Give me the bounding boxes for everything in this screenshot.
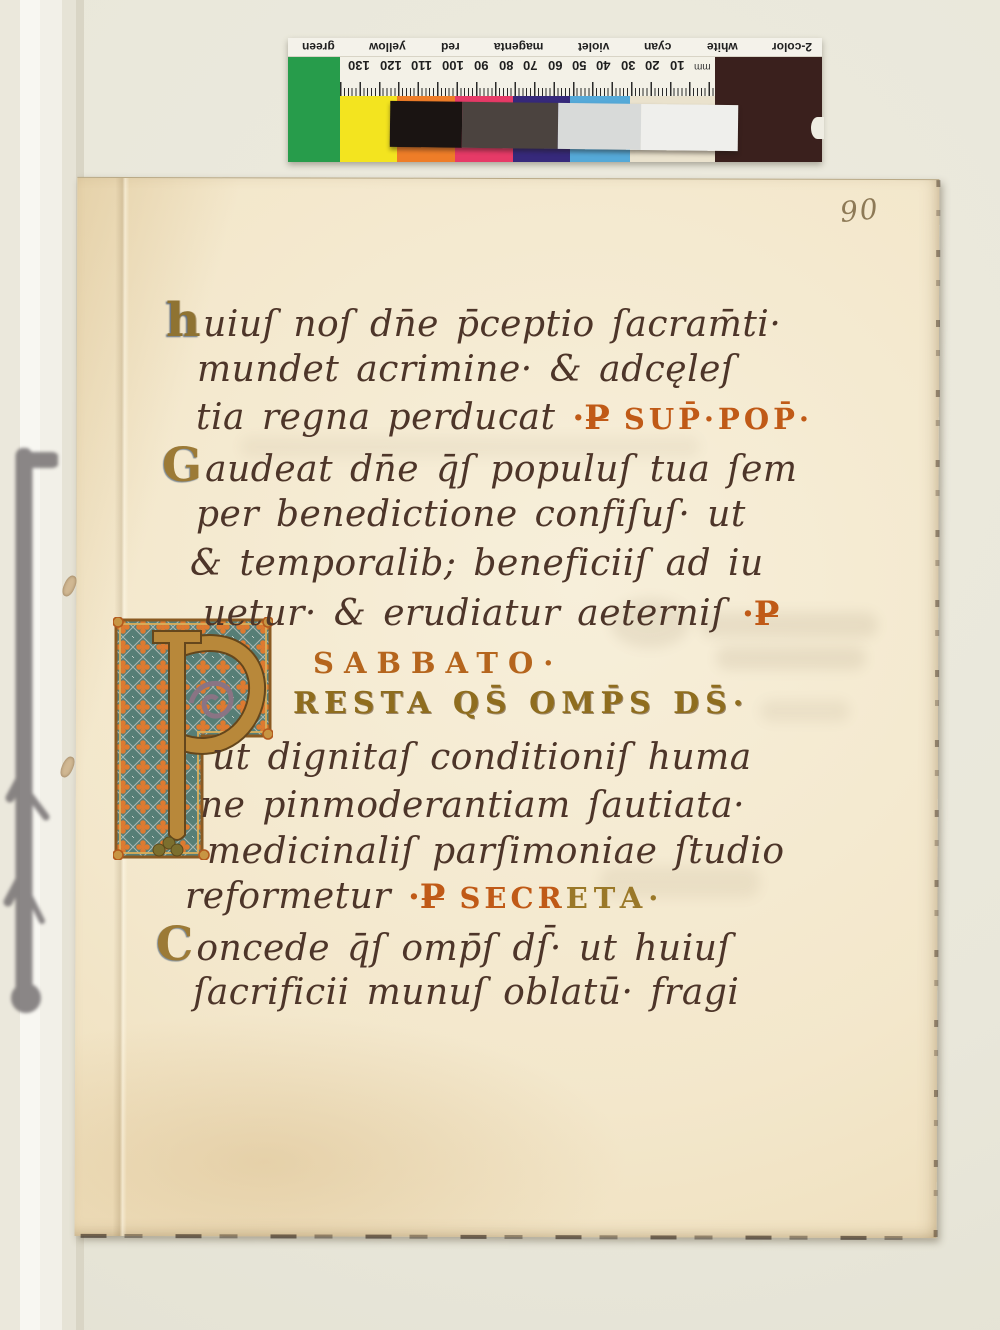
ruler-number: 40 bbox=[596, 58, 610, 73]
color-label: yellow bbox=[369, 40, 406, 54]
gray-step bbox=[390, 101, 463, 148]
chipped-paint-notch bbox=[811, 117, 824, 139]
show-through-mark bbox=[760, 700, 850, 722]
manuscript-line: Concede q̄ſ omp̄ſ dſ̄· ut huiuſ bbox=[156, 922, 731, 970]
versal-initial: h bbox=[166, 293, 200, 348]
ruler-number: 50 bbox=[572, 58, 586, 73]
gray-step bbox=[558, 103, 642, 150]
line-text: tia regna perducat bbox=[196, 397, 572, 438]
versal-initial: C bbox=[156, 917, 193, 972]
ruler-number: 30 bbox=[621, 58, 635, 73]
gray-step bbox=[462, 102, 559, 149]
rubric-sabbato: SABBATO· bbox=[313, 646, 563, 680]
line-text: ut dignitaſ conditioniſ huma bbox=[212, 737, 752, 778]
color-label: cyan bbox=[644, 40, 671, 54]
manuscript-line: reformetur ·P̶ SECRETA· bbox=[185, 874, 664, 922]
ruler-number: 10 bbox=[670, 58, 684, 73]
line-text: mundet acrimine· & adcęleſ bbox=[197, 349, 735, 390]
color-label: green bbox=[302, 40, 335, 54]
ruler-number: 120 bbox=[380, 58, 402, 73]
ruler-number: 110 bbox=[411, 58, 432, 73]
show-through-mark bbox=[716, 646, 866, 670]
manuscript-line: ut dignitaſ conditioniſ huma bbox=[212, 735, 752, 783]
ruler-number: 60 bbox=[548, 58, 562, 73]
ruler-unit: mm bbox=[694, 61, 711, 72]
line-text: per benedictione confiſuſ· ut bbox=[196, 494, 746, 535]
manuscript-line: mundet acrimine· & adcęleſ bbox=[197, 347, 735, 395]
line-text: ne pinmoderantiam ſautiata· bbox=[200, 785, 745, 826]
rubric-secreta: SECR bbox=[445, 881, 565, 915]
manuscript-line: RESTA QS̄ OMP̄S DS̄· bbox=[293, 681, 749, 729]
ruler-number: 100 bbox=[442, 58, 464, 73]
ruler-ticks-short bbox=[340, 88, 715, 96]
rubric-sup-pop: SUP̄·POP̄· bbox=[610, 402, 813, 436]
grayscale-wedge bbox=[390, 101, 739, 151]
manuscript-line: per benedictione confiſuſ· ut bbox=[196, 492, 746, 540]
color-patch-yellow bbox=[340, 96, 397, 162]
bottom-edge-marks bbox=[81, 1234, 933, 1240]
color-bar-labels: green yellow red magenta violet cyan whi… bbox=[288, 38, 822, 57]
color-label: white bbox=[707, 40, 738, 54]
line-text: reformetur bbox=[185, 876, 408, 917]
ruler-number: 70 bbox=[523, 58, 537, 73]
rubric-secreta-gold: ETA· bbox=[566, 881, 665, 915]
folio-number: 90 bbox=[838, 192, 881, 229]
manuscript-line: uetur· & erudiatur aeterniſ ·P̶ bbox=[203, 591, 779, 639]
manuscript-line: tia regna perducat ·P̶ SUP̄·POP̄· bbox=[196, 395, 813, 443]
manuscript-line: ne pinmoderantiam ſautiata· bbox=[200, 783, 745, 831]
manuscript-line: medicinaliſ parſimoniae ſtudio bbox=[207, 829, 785, 877]
line-text: uiuſ noſ dn̄e p̄ceptio ſacram̄ti· bbox=[203, 304, 781, 345]
gray-step bbox=[641, 104, 739, 151]
color-label: 2-color bbox=[772, 40, 812, 54]
manuscript-line: Gaudeat dn̄e q̄ſ populuſ tua ſem bbox=[162, 443, 798, 491]
color-patch-green bbox=[288, 57, 340, 162]
manuscript-line: huiuſ noſ dn̄e p̄ceptio ſacram̄ti· bbox=[166, 298, 781, 346]
color-label: red bbox=[441, 40, 460, 54]
line-text: ſacrificii munuſ oblatū· fragi bbox=[193, 972, 739, 1013]
line-text: & temporalib; beneficiiſ ad iu bbox=[190, 543, 764, 584]
versal-initial: G bbox=[162, 438, 202, 493]
manuscript-line: ſacrificii munuſ oblatū· fragi bbox=[193, 970, 739, 1018]
per-abbreviation: ·P̶ bbox=[572, 398, 609, 438]
ruler-number: 20 bbox=[645, 58, 659, 73]
line-text: oncede q̄ſ omp̄ſ dſ̄· ut huiuſ bbox=[196, 928, 731, 969]
per-abbreviation: ·P̶ bbox=[408, 877, 445, 917]
line-text: audeat dn̄e q̄ſ populuſ tua ſem bbox=[205, 449, 797, 490]
ruler-number: 90 bbox=[474, 58, 488, 73]
line-text: medicinaliſ parſimoniae ſtudio bbox=[207, 831, 785, 872]
per-abbreviation: ·P̶ bbox=[742, 594, 779, 634]
color-calibration-bar: green yellow red magenta violet cyan whi… bbox=[288, 38, 822, 162]
incipit-presta: RESTA QS̄ OMP̄S DS̄· bbox=[293, 686, 749, 721]
ruler-numbers: 130 120 110 100 90 80 70 60 50 40 30 20 … bbox=[340, 57, 715, 73]
manuscript-line: & temporalib; beneficiiſ ad iu bbox=[190, 541, 764, 589]
ruler-number: 80 bbox=[499, 58, 513, 73]
fore-edge-speckles bbox=[934, 180, 941, 1238]
previous-folio-bleed-ornament bbox=[2, 448, 58, 1023]
ruler-number: 130 bbox=[348, 58, 370, 73]
line-text: uetur· & erudiatur aeterniſ bbox=[203, 593, 742, 634]
manuscript-photograph: 90 bbox=[0, 0, 1000, 1330]
ruler-strip: 130 120 110 100 90 80 70 60 50 40 30 20 … bbox=[340, 57, 715, 96]
color-label: violet bbox=[578, 40, 609, 54]
color-label: magenta bbox=[494, 40, 543, 54]
color-bar-body: 130 120 110 100 90 80 70 60 50 40 30 20 … bbox=[288, 57, 822, 162]
